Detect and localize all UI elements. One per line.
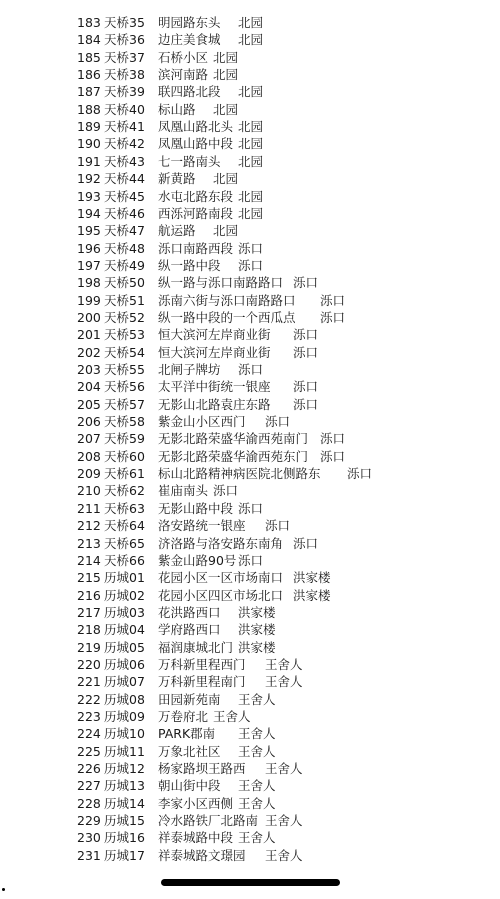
area-name: 泺口 <box>320 448 345 465</box>
area-name: 泺口 <box>238 257 263 274</box>
station-code: 天桥57 <box>104 396 145 413</box>
list-row: 197天桥49纵一路中段泺口 <box>0 257 500 274</box>
location-name: 花洪路西口 <box>158 604 221 621</box>
row-number: 210 <box>77 482 101 499</box>
row-number: 230 <box>77 829 101 846</box>
row-number: 193 <box>77 188 101 205</box>
area-name: 泺口 <box>293 378 318 395</box>
row-number: 220 <box>77 656 101 673</box>
area-name: 泺口 <box>265 413 290 430</box>
station-code: 天桥37 <box>104 49 145 66</box>
station-code: 天桥59 <box>104 430 145 447</box>
list-row: 214天桥66紫金山路90号泺口 <box>0 552 500 569</box>
list-row: 229历城15冷水路铁厂北路南王舍人 <box>0 812 500 829</box>
row-number: 194 <box>77 205 101 222</box>
station-code: 天桥47 <box>104 222 145 239</box>
station-code: 天桥60 <box>104 448 145 465</box>
location-name: 无影北路荣盛华渝西苑南门 <box>158 430 308 447</box>
list-row: 189天桥41凤凰山路北头北园 <box>0 118 500 135</box>
area-name: 泺口 <box>293 326 318 343</box>
location-name: 标山北路精神病医院北侧路东 <box>158 465 321 482</box>
station-code: 天桥56 <box>104 378 145 395</box>
list-row: 200天桥52纵一路中段的一个西瓜点泺口 <box>0 309 500 326</box>
row-number: 229 <box>77 812 101 829</box>
row-number: 217 <box>77 604 101 621</box>
location-name: 万象北社区 <box>158 743 221 760</box>
row-number: 204 <box>77 378 101 395</box>
row-number: 226 <box>77 760 101 777</box>
row-number: 203 <box>77 361 101 378</box>
list-row: 192天桥44新黄路北园 <box>0 170 500 187</box>
station-code: 天桥42 <box>104 135 145 152</box>
list-row: 203天桥55北闸子牌坊泺口 <box>0 361 500 378</box>
area-name: 洪家楼 <box>293 587 331 604</box>
location-name: 无影北路荣盛华渝西苑东门 <box>158 448 308 465</box>
area-name: 王舍人 <box>238 691 276 708</box>
row-number: 185 <box>77 49 101 66</box>
row-number: 211 <box>77 500 101 517</box>
row-number: 209 <box>77 465 101 482</box>
station-code: 天桥44 <box>104 170 145 187</box>
row-number: 206 <box>77 413 101 430</box>
row-number: 222 <box>77 691 101 708</box>
location-name: 纵一路中段 <box>158 257 221 274</box>
location-name: 洛安路统一银座 <box>158 517 246 534</box>
list-row: 204天桥56太平洋中街统一银座泺口 <box>0 378 500 395</box>
area-name: 泺口 <box>238 240 263 257</box>
location-name: 无影山北路袁庄东路 <box>158 396 271 413</box>
row-number: 202 <box>77 344 101 361</box>
location-name: 福润康城北门 <box>158 639 233 656</box>
station-code: 历城07 <box>104 673 145 690</box>
row-number: 219 <box>77 639 101 656</box>
list-row: 206天桥58紫金山小区西门泺口 <box>0 413 500 430</box>
location-name: 泺南六街与泺口南路路口 <box>158 292 296 309</box>
list-row: 193天桥45水屯北路东段北园 <box>0 188 500 205</box>
list-row: 205天桥57无影山北路袁庄东路泺口 <box>0 396 500 413</box>
location-name: PARK郡南 <box>158 725 215 742</box>
list-row: 199天桥51泺南六街与泺口南路路口泺口 <box>0 292 500 309</box>
list-row: 227历城13朝山街中段王舍人 <box>0 777 500 794</box>
location-name: 朝山街中段 <box>158 777 221 794</box>
row-number: 228 <box>77 795 101 812</box>
list-row: 186天桥38滨河南路北园 <box>0 66 500 83</box>
area-name: 泺口 <box>238 361 263 378</box>
list-row: 198天桥50纵一路与泺口南路路口泺口 <box>0 274 500 291</box>
row-number: 225 <box>77 743 101 760</box>
station-code: 天桥46 <box>104 205 145 222</box>
location-name: 田园新苑南 <box>158 691 221 708</box>
station-code: 天桥52 <box>104 309 145 326</box>
stray-dot <box>2 888 5 891</box>
list-row: 208天桥60无影北路荣盛华渝西苑东门泺口 <box>0 448 500 465</box>
row-number: 213 <box>77 535 101 552</box>
station-code: 天桥58 <box>104 413 145 430</box>
location-name: 万科新里程南门 <box>158 673 246 690</box>
area-name: 洪家楼 <box>238 604 276 621</box>
location-name: 凤凰山路中段 <box>158 135 233 152</box>
row-number: 190 <box>77 135 101 152</box>
area-name: 北园 <box>238 14 263 31</box>
location-name: 花园小区一区市场南口 <box>158 569 283 586</box>
area-name: 泺口 <box>265 517 290 534</box>
location-name: 无影山路中段 <box>158 500 233 517</box>
station-code: 天桥55 <box>104 361 145 378</box>
area-name: 洪家楼 <box>238 621 276 638</box>
row-number: 187 <box>77 83 101 100</box>
location-name: 联四路北段 <box>158 83 221 100</box>
area-name: 泺口 <box>213 482 238 499</box>
list-row: 213天桥65济洛路与洛安路东南角泺口 <box>0 535 500 552</box>
station-code: 天桥53 <box>104 326 145 343</box>
list-row: 210天桥62崔庙南头泺口 <box>0 482 500 499</box>
list-row: 222历城08田园新苑南王舍人 <box>0 691 500 708</box>
list-row: 219历城05福润康城北门洪家楼 <box>0 639 500 656</box>
station-code: 天桥62 <box>104 482 145 499</box>
list-row: 215历城01花园小区一区市场南口洪家楼 <box>0 569 500 586</box>
location-name: 明园路东头 <box>158 14 221 31</box>
row-number: 186 <box>77 66 101 83</box>
list-row: 225历城11万象北社区王舍人 <box>0 743 500 760</box>
station-code: 历城10 <box>104 725 145 742</box>
location-name: 石桥小区 <box>158 49 208 66</box>
area-name: 泺口 <box>320 292 345 309</box>
location-name: 济洛路与洛安路东南角 <box>158 535 283 552</box>
area-name: 泺口 <box>320 309 345 326</box>
area-name: 洪家楼 <box>293 569 331 586</box>
station-code: 历城09 <box>104 708 145 725</box>
area-name: 北园 <box>238 118 263 135</box>
station-code: 天桥50 <box>104 274 145 291</box>
list-row: 211天桥63无影山路中段泺口 <box>0 500 500 517</box>
row-number: 214 <box>77 552 101 569</box>
area-name: 泺口 <box>293 344 318 361</box>
location-name: 西泺河路南段 <box>158 205 233 222</box>
row-number: 191 <box>77 153 101 170</box>
location-name: 花园小区四区市场北口 <box>158 587 283 604</box>
row-number: 195 <box>77 222 101 239</box>
station-code: 历城02 <box>104 587 145 604</box>
list-row: 224历城10PARK郡南王舍人 <box>0 725 500 742</box>
row-number: 197 <box>77 257 101 274</box>
list-row: 230历城16祥泰城路中段王舍人 <box>0 829 500 846</box>
list-row: 217历城03花洪路西口洪家楼 <box>0 604 500 621</box>
list-row: 226历城12杨家路坝王路西王舍人 <box>0 760 500 777</box>
location-name: 恒大滨河左岸商业街 <box>158 326 271 343</box>
station-code: 历城08 <box>104 691 145 708</box>
area-name: 王舍人 <box>213 708 251 725</box>
list-row: 201天桥53恒大滨河左岸商业街泺口 <box>0 326 500 343</box>
location-name: 滨河南路 <box>158 66 208 83</box>
location-name: 万科新里程西门 <box>158 656 246 673</box>
area-name: 王舍人 <box>265 812 303 829</box>
location-name: 北闸子牌坊 <box>158 361 221 378</box>
area-name: 北园 <box>238 31 263 48</box>
area-name: 王舍人 <box>238 829 276 846</box>
station-code: 历城12 <box>104 760 145 777</box>
station-code: 历城16 <box>104 829 145 846</box>
station-code: 天桥39 <box>104 83 145 100</box>
area-name: 泺口 <box>238 552 263 569</box>
list-row: 194天桥46西泺河路南段北园 <box>0 205 500 222</box>
row-number: 212 <box>77 517 101 534</box>
station-code: 历城13 <box>104 777 145 794</box>
area-name: 王舍人 <box>265 656 303 673</box>
list-row: 209天桥61标山北路精神病医院北侧路东泺口 <box>0 465 500 482</box>
station-code: 历城04 <box>104 621 145 638</box>
list-row: 207天桥59无影北路荣盛华渝西苑南门泺口 <box>0 430 500 447</box>
location-name: 泺口南路西段 <box>158 240 233 257</box>
area-name: 北园 <box>213 49 238 66</box>
area-name: 北园 <box>213 222 238 239</box>
area-name: 王舍人 <box>238 795 276 812</box>
area-name: 泺口 <box>293 396 318 413</box>
station-code: 历城01 <box>104 569 145 586</box>
area-name: 王舍人 <box>238 725 276 742</box>
home-indicator[interactable] <box>161 879 340 886</box>
list-row: 195天桥47航运路北园 <box>0 222 500 239</box>
location-name: 紫金山小区西门 <box>158 413 246 430</box>
area-name: 北园 <box>238 188 263 205</box>
location-name: 万卷府北 <box>158 708 208 725</box>
row-number: 218 <box>77 621 101 638</box>
list-row: 202天桥54恒大滨河左岸商业街泺口 <box>0 344 500 361</box>
station-code: 历城11 <box>104 743 145 760</box>
location-name: 祥泰城路文璟园 <box>158 847 246 864</box>
list-row: 188天桥40标山路北园 <box>0 101 500 118</box>
area-name: 北园 <box>238 205 263 222</box>
row-number: 207 <box>77 430 101 447</box>
area-name: 北园 <box>238 83 263 100</box>
row-number: 221 <box>77 673 101 690</box>
location-name: 航运路 <box>158 222 196 239</box>
area-name: 北园 <box>238 135 263 152</box>
location-name: 太平洋中街统一银座 <box>158 378 271 395</box>
row-number: 201 <box>77 326 101 343</box>
location-name: 边庄美食城 <box>158 31 221 48</box>
list-row: 187天桥39联四路北段北园 <box>0 83 500 100</box>
location-name: 凤凰山路北头 <box>158 118 233 135</box>
station-code: 天桥36 <box>104 31 145 48</box>
row-number: 231 <box>77 847 101 864</box>
station-code: 历城17 <box>104 847 145 864</box>
area-name: 泺口 <box>320 430 345 447</box>
row-number: 188 <box>77 101 101 118</box>
location-name: 纵一路中段的一个西瓜点 <box>158 309 296 326</box>
list-row: 216历城02花园小区四区市场北口洪家楼 <box>0 587 500 604</box>
station-code: 天桥63 <box>104 500 145 517</box>
location-name: 水屯北路东段 <box>158 188 233 205</box>
location-name: 学府路西口 <box>158 621 221 638</box>
station-code: 天桥35 <box>104 14 145 31</box>
station-code: 天桥61 <box>104 465 145 482</box>
row-number: 198 <box>77 274 101 291</box>
row-number: 189 <box>77 118 101 135</box>
area-name: 王舍人 <box>238 743 276 760</box>
list-row: 183天桥35明园路东头北园 <box>0 14 500 31</box>
station-code: 天桥66 <box>104 552 145 569</box>
station-code: 历城03 <box>104 604 145 621</box>
row-number: 205 <box>77 396 101 413</box>
area-name: 泺口 <box>347 465 372 482</box>
station-code: 天桥41 <box>104 118 145 135</box>
station-code: 天桥43 <box>104 153 145 170</box>
row-number: 216 <box>77 587 101 604</box>
list-row: 228历城14李家小区西侧王舍人 <box>0 795 500 812</box>
area-name: 北园 <box>213 66 238 83</box>
location-name: 新黄路 <box>158 170 196 187</box>
row-number: 196 <box>77 240 101 257</box>
location-name: 杨家路坝王路西 <box>158 760 246 777</box>
row-number: 227 <box>77 777 101 794</box>
list-row: 196天桥48泺口南路西段泺口 <box>0 240 500 257</box>
area-name: 北园 <box>213 170 238 187</box>
row-number: 192 <box>77 170 101 187</box>
station-code: 历城05 <box>104 639 145 656</box>
location-name: 标山路 <box>158 101 196 118</box>
row-number: 184 <box>77 31 101 48</box>
station-code: 历城15 <box>104 812 145 829</box>
row-number: 224 <box>77 725 101 742</box>
area-name: 王舍人 <box>265 673 303 690</box>
list-row: 223历城09万卷府北王舍人 <box>0 708 500 725</box>
row-number: 200 <box>77 309 101 326</box>
station-code: 天桥54 <box>104 344 145 361</box>
station-code: 天桥38 <box>104 66 145 83</box>
station-code: 历城14 <box>104 795 145 812</box>
list-row: 190天桥42凤凰山路中段北园 <box>0 135 500 152</box>
station-code: 天桥40 <box>104 101 145 118</box>
area-name: 泺口 <box>293 535 318 552</box>
area-name: 泺口 <box>293 274 318 291</box>
station-code: 天桥64 <box>104 517 145 534</box>
location-name: 紫金山路90号 <box>158 552 236 569</box>
location-name: 恒大滨河左岸商业街 <box>158 344 271 361</box>
list-row: 184天桥36边庄美食城北园 <box>0 31 500 48</box>
station-code: 天桥45 <box>104 188 145 205</box>
area-name: 泺口 <box>238 500 263 517</box>
location-name: 冷水路铁厂北路南 <box>158 812 258 829</box>
station-code: 天桥49 <box>104 257 145 274</box>
area-name: 北园 <box>238 153 263 170</box>
station-code: 天桥65 <box>104 535 145 552</box>
row-number: 215 <box>77 569 101 586</box>
area-name: 王舍人 <box>265 760 303 777</box>
list-row: 231历城17祥泰城路文璟园王舍人 <box>0 847 500 864</box>
row-number: 183 <box>77 14 101 31</box>
list-row: 218历城04学府路西口洪家楼 <box>0 621 500 638</box>
list-row: 220历城06万科新里程西门王舍人 <box>0 656 500 673</box>
area-name: 王舍人 <box>238 777 276 794</box>
list-row: 221历城07万科新里程南门王舍人 <box>0 673 500 690</box>
location-name: 李家小区西侧 <box>158 795 233 812</box>
station-code: 历城06 <box>104 656 145 673</box>
row-number: 199 <box>77 292 101 309</box>
location-name: 纵一路与泺口南路路口 <box>158 274 283 291</box>
list-row: 191天桥43七一路南头北园 <box>0 153 500 170</box>
list-row: 212天桥64洛安路统一银座泺口 <box>0 517 500 534</box>
list-row: 185天桥37石桥小区北园 <box>0 49 500 66</box>
location-name: 祥泰城路中段 <box>158 829 233 846</box>
area-name: 北园 <box>213 101 238 118</box>
station-code: 天桥51 <box>104 292 145 309</box>
row-number: 223 <box>77 708 101 725</box>
location-name: 七一路南头 <box>158 153 221 170</box>
row-number: 208 <box>77 448 101 465</box>
area-name: 王舍人 <box>265 847 303 864</box>
area-name: 洪家楼 <box>238 639 276 656</box>
station-code: 天桥48 <box>104 240 145 257</box>
location-name: 崔庙南头 <box>158 482 208 499</box>
